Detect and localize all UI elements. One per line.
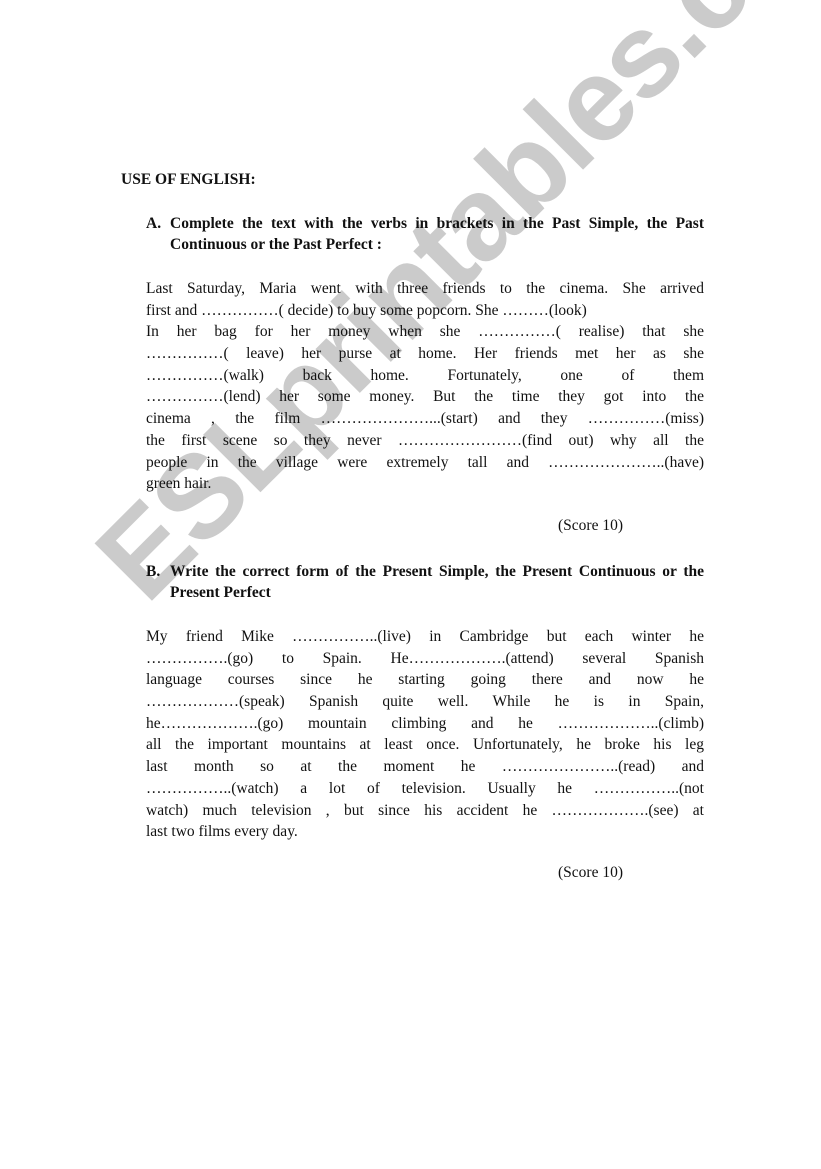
paragraph-line: ……………( leave) her purse at home. Her fri… bbox=[146, 343, 704, 365]
section-a-score: (Score 10) bbox=[558, 517, 623, 535]
paragraph-line: My friend Mike ……………..(live) in Cambridg… bbox=[146, 626, 704, 648]
paragraph-line: Last Saturday, Maria went with three fri… bbox=[146, 278, 704, 300]
paragraph-line: watch) much television , but since his a… bbox=[146, 800, 704, 822]
section-b-instruction-text: Write the correct form of the Present Si… bbox=[170, 561, 704, 603]
paragraph-line: the first scene so they never ……………………(f… bbox=[146, 430, 704, 452]
worksheet-page: ESLprintables.com USE OF ENGLISH: A. Com… bbox=[0, 0, 821, 1169]
section-b-instruction: B. Write the correct form of the Present… bbox=[146, 561, 704, 603]
paragraph-line: ………………(speak) Spanish quite well. While … bbox=[146, 691, 704, 713]
paragraph-line: cinema , the film …………………...(start) and … bbox=[146, 408, 704, 430]
paragraph-line: ……………(lend) her some money. But the time… bbox=[146, 386, 704, 408]
section-b-letter: B. bbox=[146, 561, 160, 582]
page-heading: USE OF ENGLISH: bbox=[121, 171, 256, 189]
section-a-instruction: A. Complete the text with the verbs in b… bbox=[146, 213, 704, 255]
paragraph-line: people in the village were extremely tal… bbox=[146, 452, 704, 474]
paragraph-line: green hair. bbox=[146, 473, 704, 495]
paragraph-line: all the important mountains at least onc… bbox=[146, 734, 704, 756]
section-b-score: (Score 10) bbox=[558, 864, 623, 882]
paragraph-line: first and ……………( decide) to buy some pop… bbox=[146, 300, 704, 322]
section-b-paragraph: My friend Mike ……………..(live) in Cambridg… bbox=[146, 626, 704, 843]
paragraph-line: In her bag for her money when she ……………(… bbox=[146, 321, 704, 343]
paragraph-line: language courses since he starting going… bbox=[146, 669, 704, 691]
section-a-paragraph: Last Saturday, Maria went with three fri… bbox=[146, 278, 704, 495]
paragraph-line: ……………..(watch) a lot of television. Usua… bbox=[146, 778, 704, 800]
paragraph-line: …………….(go) to Spain. He……………….(attend) s… bbox=[146, 648, 704, 670]
paragraph-line: ……………(walk) back home. Fortunately, one … bbox=[146, 365, 704, 387]
paragraph-line: last two films every day. bbox=[146, 821, 704, 843]
section-a-instruction-text: Complete the text with the verbs in brac… bbox=[170, 213, 704, 255]
paragraph-line: he……………….(go) mountain climbing and he …… bbox=[146, 713, 704, 735]
section-a-letter: A. bbox=[146, 213, 161, 234]
paragraph-line: last month so at the moment he …………………..… bbox=[146, 756, 704, 778]
